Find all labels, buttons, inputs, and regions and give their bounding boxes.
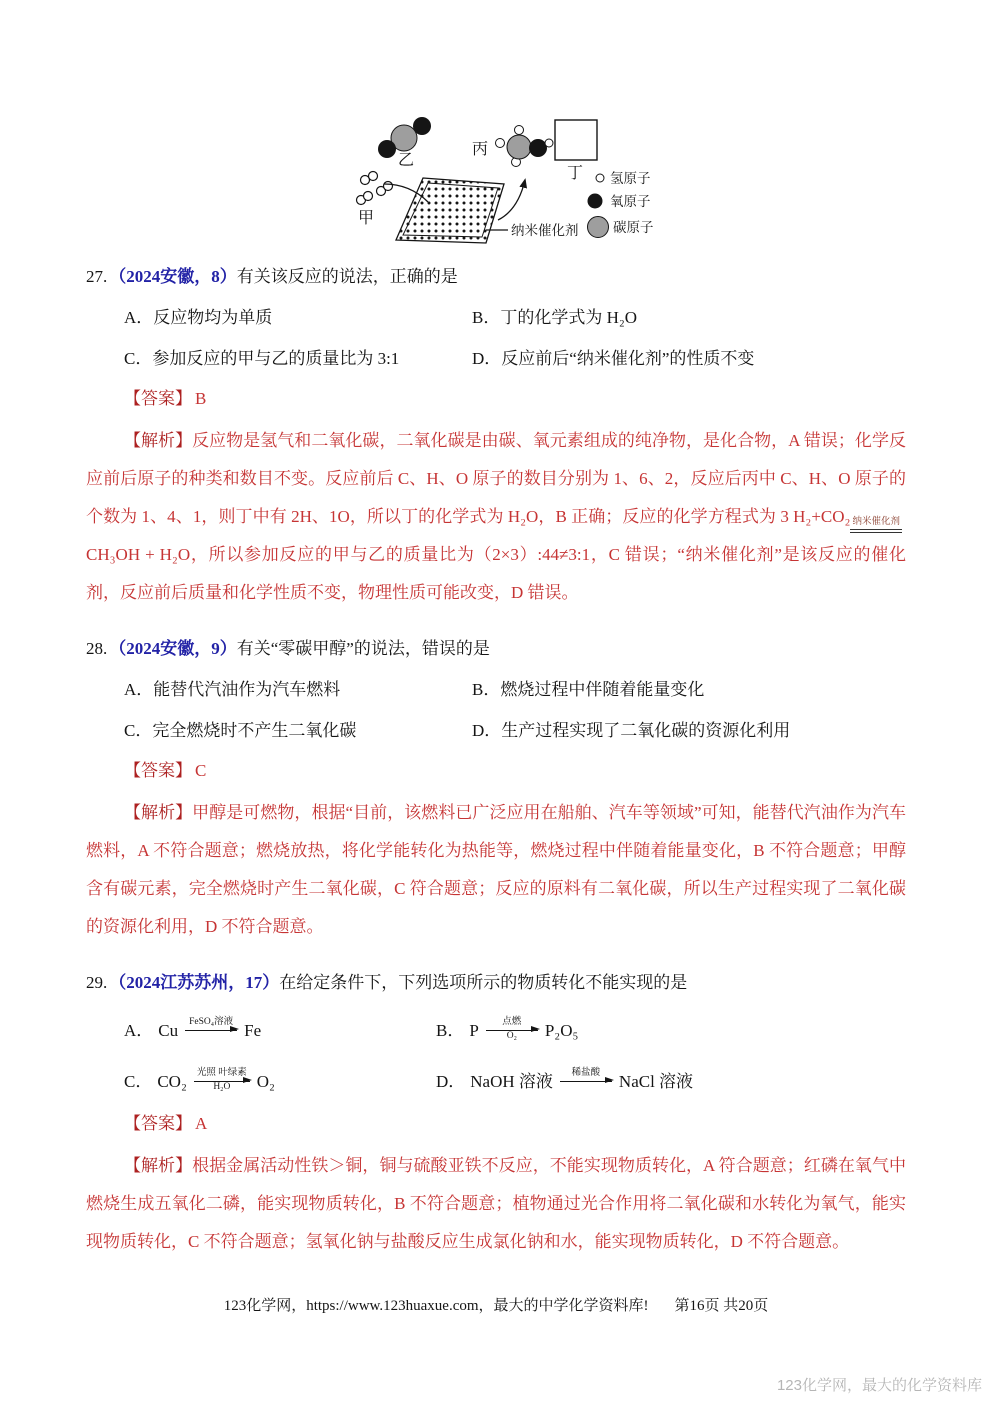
carbon-atom-icon xyxy=(588,217,609,238)
nano-catalyst-slab xyxy=(396,178,504,243)
question-source: （2024安徽，9） xyxy=(109,639,237,658)
condition-above: 光照 叶绿素 xyxy=(194,1069,250,1080)
reactant-formula: NaOH 溶液 xyxy=(470,1072,553,1092)
condition-above: FeSO₄溶液 xyxy=(186,1018,236,1029)
legend-carbon: 碳原子 xyxy=(613,220,654,235)
hydrogen-atom-icon xyxy=(596,174,604,182)
product-formula: NaCl 溶液 xyxy=(619,1072,693,1092)
question-27: 27.（2024安徽，8）有关该反应的说法，正确的是 A．反应物均为单质 B．丁… xyxy=(86,266,906,612)
legend-oxygen: 氧原子 xyxy=(610,194,651,209)
answer-line: 【答案】A xyxy=(124,1113,906,1135)
option-b: B． P 点燃O₂ P₂O₅ xyxy=(436,1018,906,1043)
question-number: 29. xyxy=(86,973,107,992)
molecule-jia-h2 xyxy=(357,172,393,205)
condition-above: 稀盐酸 xyxy=(569,1069,604,1080)
options: A．能替代汽油作为汽车燃料 B．燃烧过程中伴随着能量变化 C．完全燃烧时不产生二… xyxy=(124,680,906,741)
option-label: A． xyxy=(124,1021,153,1041)
reaction-diagram: 甲 乙 丙 丁 xyxy=(336,96,684,254)
arrow-icon xyxy=(560,1081,612,1082)
watermark: 123化学网，最大的化学资料库 xyxy=(777,1374,982,1395)
reaction-arrow: 光照 叶绿素H₂O xyxy=(194,1069,250,1094)
answer-label: 【答案】 xyxy=(124,761,192,780)
question-text: 有关该反应的说法，正确的是 xyxy=(237,267,458,286)
catalyst-condition-text: 纳米催化剂 xyxy=(850,518,902,528)
equals-double-line xyxy=(850,529,902,533)
option-a: A．反应物均为单质 xyxy=(124,308,472,328)
analysis: 【解析】根据金属活动性铁＞铜，铜与硫酸亚铁不反应，不能实现物质转化，A 符合题意… xyxy=(86,1147,906,1261)
option-c: C．完全燃烧时不产生二氧化碳 xyxy=(124,721,472,741)
page-footer: 123化学网，https://www.123huaxue.com，最大的中学化学… xyxy=(0,1294,992,1315)
question-text: 在给定条件下，下列选项所示的物质转化不能实现的是 xyxy=(279,973,687,992)
option-a: A． Cu FeSO₄溶液 Fe xyxy=(124,1018,436,1043)
reactant-formula: CO₂ xyxy=(157,1072,187,1092)
option-c: C． CO₂ 光照 叶绿素H₂O O₂ xyxy=(124,1069,436,1094)
label-yi: 乙 xyxy=(398,152,414,169)
legend-hydrogen: 氢原子 xyxy=(610,171,651,186)
product-formula: P₂O₅ xyxy=(545,1021,579,1041)
option-c: C．参加反应的甲与乙的质量比为 3:1 xyxy=(124,349,472,369)
answer-value: A xyxy=(195,1114,207,1133)
label-ding: 丁 xyxy=(567,164,583,182)
reaction-arrow: 点燃O₂ xyxy=(486,1018,538,1043)
answer-line: 【答案】C xyxy=(124,760,906,782)
options: A． Cu FeSO₄溶液 Fe B． P 点燃O₂ P₂O₅ C． CO₂ 光… xyxy=(124,1018,906,1094)
square-ding xyxy=(555,120,597,160)
analysis-text-1: 反应物是氢气和二氧化碳，二氧化碳是由碳、氧元素组成的纯净物，是化合物，A 错误；… xyxy=(86,431,906,526)
condition-below: H₂O xyxy=(210,1083,233,1094)
analysis-text: 甲醇是可燃物，根据“目前，该燃料已广泛应用在船舶、汽车等领域”可知，能替代汽油作… xyxy=(86,803,906,936)
label-bing: 丙 xyxy=(472,140,488,158)
arrow-icon xyxy=(486,1030,538,1031)
reaction-arrow: FeSO₄溶液 xyxy=(185,1018,237,1043)
reactant-formula: Cu xyxy=(158,1021,178,1041)
question-number: 28. xyxy=(86,639,107,658)
option-label: C． xyxy=(124,1072,152,1092)
analysis: 【解析】甲醇是可燃物，根据“目前，该燃料已广泛应用在船舶、汽车等领域”可知，能替… xyxy=(86,794,906,946)
label-jia: 甲 xyxy=(358,209,374,227)
option-a: A．能替代汽油作为汽车燃料 xyxy=(124,680,472,700)
answer-value: C xyxy=(195,761,206,780)
analysis: 【解析】反应物是氢气和二氧化碳，二氧化碳是由碳、氧元素组成的纯净物，是化合物，A… xyxy=(86,422,906,612)
question-stem: 28.（2024安徽，9）有关“零碳甲醇”的说法，错误的是 xyxy=(86,638,906,660)
diagram-svg: 甲 乙 丙 丁 xyxy=(336,96,684,256)
legend: 氢原子 氧原子 碳原子 xyxy=(588,171,654,238)
option-label: D． xyxy=(436,1072,465,1092)
analysis-label: 【解析】 xyxy=(124,1156,192,1175)
product-formula: O₂ xyxy=(257,1072,275,1092)
equation-catalyst-condition: 纳米催化剂 xyxy=(850,518,902,533)
condition-below xyxy=(208,1032,214,1043)
question-source: （2024江苏苏州，17） xyxy=(109,973,279,992)
arrow-icon xyxy=(185,1030,237,1031)
molecule-bing-ch3oh xyxy=(496,126,554,167)
condition-below xyxy=(583,1083,589,1094)
condition-below: O₂ xyxy=(504,1032,520,1043)
label-catalyst: 纳米催化剂 xyxy=(511,222,579,238)
question-28: 28.（2024安徽，9）有关“零碳甲醇”的说法，错误的是 A．能替代汽油作为汽… xyxy=(86,638,906,946)
analysis-label: 【解析】 xyxy=(124,431,192,450)
reaction-arrow: 稀盐酸 xyxy=(560,1069,612,1094)
option-d: D．反应前后“纳米催化剂”的性质不变 xyxy=(472,349,906,369)
option-b: B．丁的化学式为 H₂O xyxy=(472,308,906,328)
question-number: 27. xyxy=(86,267,107,286)
footer-site: 123化学网，https://www.123huaxue.com，最大的中学化学… xyxy=(224,1298,649,1314)
arrow-icon xyxy=(194,1081,250,1082)
analysis-label: 【解析】 xyxy=(124,803,192,822)
oxygen-atom-icon xyxy=(588,194,603,209)
analysis-text-2: CH₃OH + H₂O，所以参加反应的甲与乙的质量比为（2×3）:44≠3:1，… xyxy=(86,545,906,602)
answer-value: B xyxy=(195,389,206,408)
answer-label: 【答案】 xyxy=(124,1114,192,1133)
product-formula: Fe xyxy=(244,1021,261,1041)
reactant-formula: P xyxy=(469,1021,478,1041)
document-page: 甲 乙 丙 丁 xyxy=(0,0,992,1261)
analysis-text: 根据金属活动性铁＞铜，铜与硫酸亚铁不反应，不能实现物质转化，A 符合题意；红磷在… xyxy=(86,1156,906,1251)
options: A．反应物均为单质 B．丁的化学式为 H₂O C．参加反应的甲与乙的质量比为 3… xyxy=(124,308,906,369)
question-stem: 27.（2024安徽，8）有关该反应的说法，正确的是 xyxy=(86,266,906,288)
answer-line: 【答案】B xyxy=(124,388,906,410)
footer-page-number: 第16页 共20页 xyxy=(675,1298,769,1314)
question-stem: 29.（2024江苏苏州，17）在给定条件下，下列选项所示的物质转化不能实现的是 xyxy=(86,972,906,994)
answer-label: 【答案】 xyxy=(124,389,192,408)
question-29: 29.（2024江苏苏州，17）在给定条件下，下列选项所示的物质转化不能实现的是… xyxy=(86,972,906,1261)
option-d: D．生产过程实现了二氧化碳的资源化利用 xyxy=(472,721,906,741)
question-source: （2024安徽，8） xyxy=(109,267,237,286)
question-text: 有关“零碳甲醇”的说法，错误的是 xyxy=(237,639,490,658)
option-b: B．燃烧过程中伴随着能量变化 xyxy=(472,680,906,700)
option-d: D． NaOH 溶液 稀盐酸 NaCl 溶液 xyxy=(436,1069,906,1094)
condition-above: 点燃 xyxy=(499,1018,524,1029)
option-label: B． xyxy=(436,1021,464,1041)
